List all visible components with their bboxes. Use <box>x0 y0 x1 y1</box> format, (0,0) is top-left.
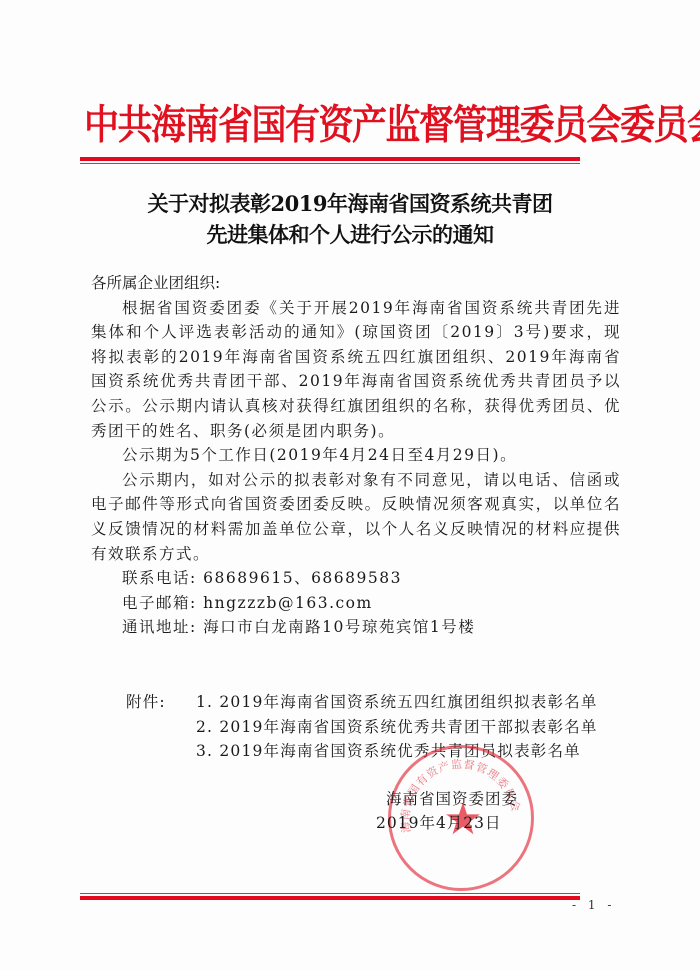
signature-date: 2019年4月23日 <box>376 811 518 835</box>
attachment-item-1: 1. 2019年海南省国资系统五四红旗团组织拟表彰名单 <box>196 690 598 715</box>
paragraph-period: 公示期为5个工作日(2019年4月24日至4月29日)。 <box>91 443 621 468</box>
footer-red-rule <box>80 893 580 900</box>
header-organization: 中共海南省国有资产监督管理委员会委员会 <box>84 96 624 156</box>
document-body: 各所属企业团组织: 根据省国资委团委《关于开展2019年海南省国资系统共青团先进… <box>91 271 621 640</box>
contact-address: 通讯地址: 海口市白龙南路10号琼苑宾馆1号楼 <box>91 615 621 640</box>
rule-thin-line <box>80 163 580 164</box>
phone-label: 联系电话: <box>122 569 197 587</box>
rule-thick-line <box>80 896 580 900</box>
attachments-label: 附件: <box>126 690 196 715</box>
page-number: - 1 - <box>572 898 615 912</box>
title-line-2: 先进集体和个人进行公示的通知 <box>0 219 700 250</box>
document-page: 中共海南省国有资产监督管理委员会委员会 关于对拟表彰2019年海南省国资系统共青… <box>0 0 700 970</box>
title-line-1: 关于对拟表彰2019年海南省国资系统共青团 <box>0 188 700 219</box>
attachment-row: 2. 2019年海南省国资系统优秀共青团干部拟表彰名单 <box>126 715 598 740</box>
attachment-item-2: 2. 2019年海南省国资系统优秀共青团干部拟表彰名单 <box>196 715 598 740</box>
address-label: 通讯地址: <box>122 618 197 636</box>
signature-organization: 海南省国资委团委 <box>386 787 518 811</box>
signature-block: 海南省国资委团委 2019年4月23日 <box>386 787 518 835</box>
paragraph-feedback: 公示期内，如对公示的拟表彰对象有不同意见，请以电话、信函或电子邮件等形式向省国资… <box>91 468 621 566</box>
phone-value: 68689615、68689583 <box>203 569 402 587</box>
contact-phone: 联系电话: 68689615、68689583 <box>91 566 621 591</box>
contact-email: 电子邮箱: hngzzzb@163.com <box>91 591 621 616</box>
document-title: 关于对拟表彰2019年海南省国资系统共青团 先进集体和个人进行公示的通知 <box>0 188 700 250</box>
address-value: 海口市白龙南路10号琼苑宾馆1号楼 <box>203 618 475 636</box>
salutation: 各所属企业团组织: <box>91 271 621 296</box>
attachment-row: 附件: 1. 2019年海南省国资系统五四红旗团组织拟表彰名单 <box>126 690 598 715</box>
paragraph-basis: 根据省国资委团委《关于开展2019年海南省国资系统共青团先进集体和个人评选表彰活… <box>91 296 621 444</box>
email-label: 电子邮箱: <box>122 594 197 612</box>
email-value[interactable]: hngzzzb@163.com <box>203 594 373 612</box>
header-red-rule <box>80 157 580 164</box>
